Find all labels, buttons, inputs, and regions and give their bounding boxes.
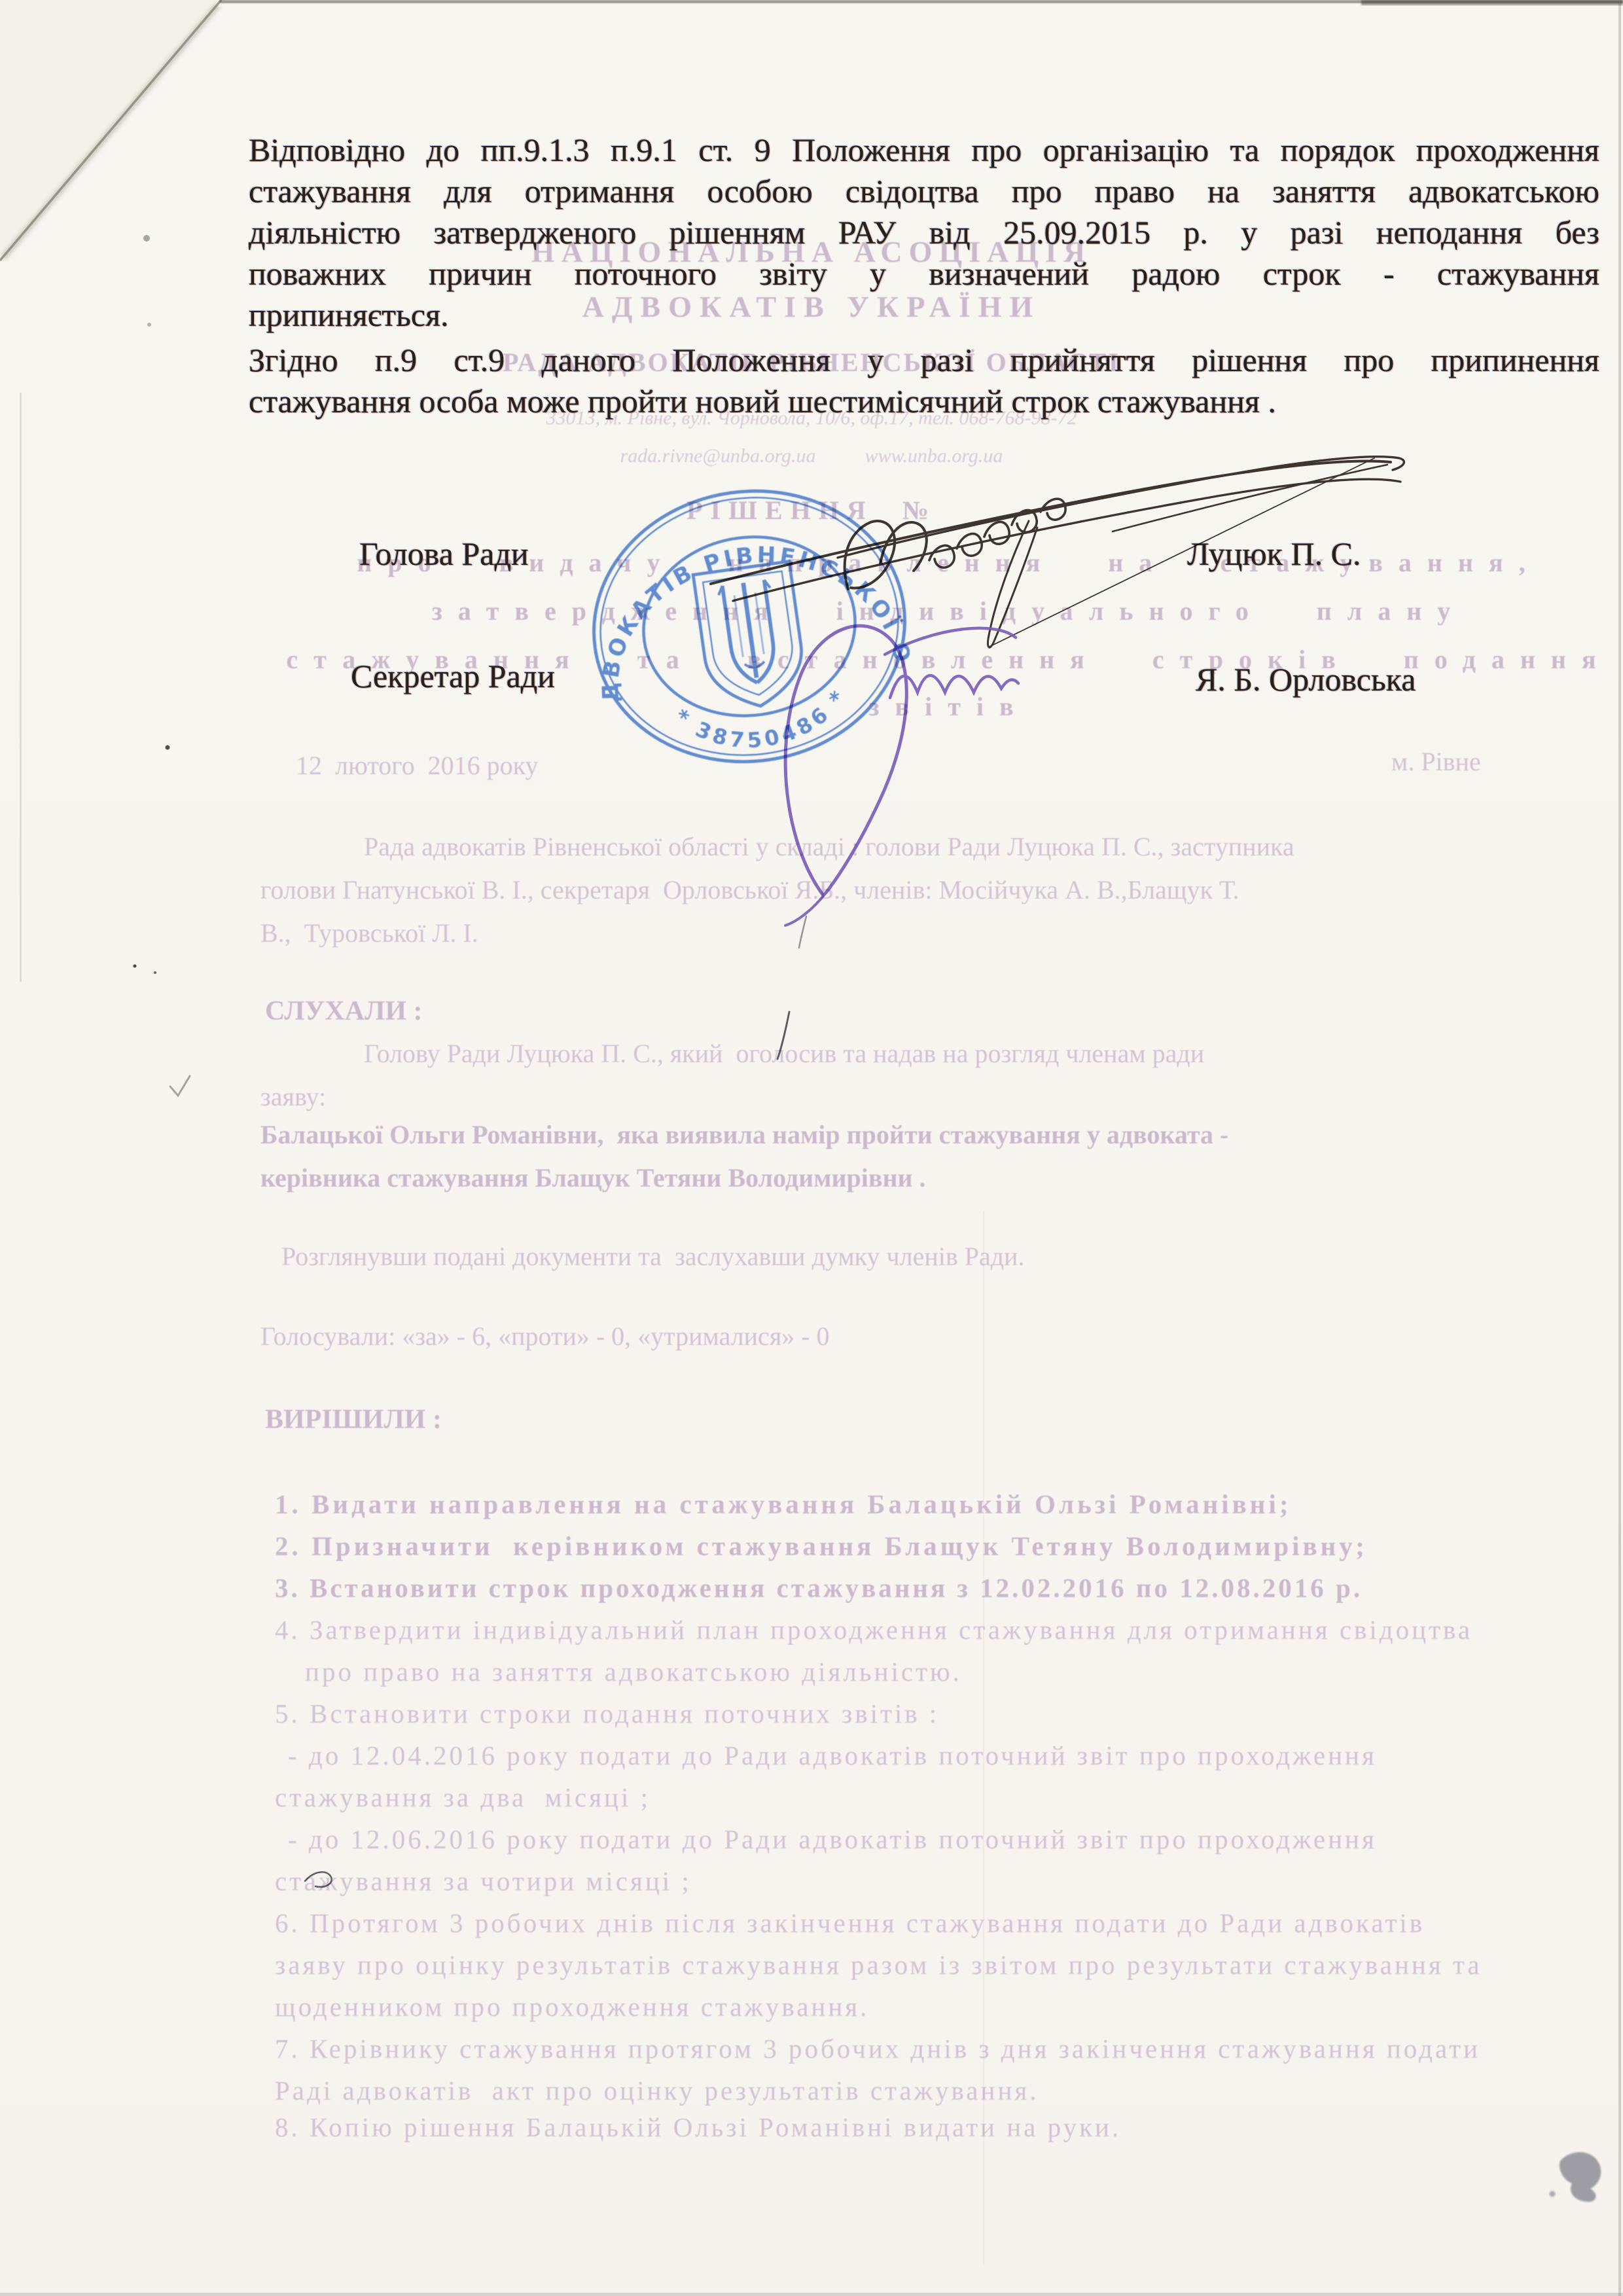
paragraph-line: стажування для отримання особою свідоцтв… xyxy=(249,171,1599,212)
ghost-line: 5. Встановити строки подання поточних зв… xyxy=(275,1699,939,1729)
paper-speck xyxy=(143,235,150,242)
scan-right-edge xyxy=(1618,0,1621,2296)
ghost-line: СЛУХАЛИ : xyxy=(265,996,423,1026)
scan-top-edge xyxy=(220,0,1623,3)
paragraph-line: Відповідно до пп.9.1.3 п.9.1 ст. 9 Полож… xyxy=(249,130,1599,171)
ghost-line: Балацької Ольги Романівни, яка виявила н… xyxy=(260,1121,1228,1149)
ghost-line: - до 12.04.2016 року подати до Ради адво… xyxy=(288,1741,1377,1770)
ghost-line: 12 лютого 2016 року xyxy=(296,751,539,780)
stray-pen-marks xyxy=(170,916,806,1887)
ghost-line: 6. Протягом 3 робочих днів після закінче… xyxy=(275,1909,1425,1938)
ghost-line: щоденником про проходження стажування. xyxy=(275,1992,869,2022)
ghost-line: Розглянувши подані документи та заслухав… xyxy=(281,1242,1025,1271)
ghost-line: стажування за два місяці ; xyxy=(275,1783,651,1812)
ghost-line: 2. Призначити керівником стажування Блащ… xyxy=(275,1532,1368,1561)
ghost-line: 7. Керівнику стажування протягом 3 робоч… xyxy=(275,2034,1480,2064)
ghost-line: Голову Ради Луцюка П. С., який оголосив … xyxy=(364,1039,1204,1068)
scratch-line xyxy=(983,1211,984,2265)
gray-smudge xyxy=(1550,2152,1601,2202)
scan-bottom-edge xyxy=(0,2293,1623,2296)
paragraph-line: поважних причин поточного звіту у визнач… xyxy=(249,253,1599,295)
ghost-line: Голосували: «за» - 6, «проти» - 0, «утри… xyxy=(260,1322,830,1351)
scanned-document-page: НАЦІОНАЛЬНА АСОЦІАЦІЯАДВОКАТІВ УКРАЇНИРА… xyxy=(0,0,1623,2296)
ghost-line: м. Рівне xyxy=(1391,747,1481,776)
trident-shield-icon xyxy=(693,562,808,713)
ghost-line: керівника стажування Блащук Тетяни Волод… xyxy=(260,1164,926,1193)
ghost-line: rada.rivne@unba.org.ua www.unba.org.ua xyxy=(98,445,1525,467)
paragraph-line: припиняється. xyxy=(249,295,1599,336)
ghost-line: заяву про оцінку результатів стажування … xyxy=(275,1950,1482,1980)
head-of-council-name: Луцюк П. С. xyxy=(1187,535,1361,572)
ghost-line: 3. Встановити строк проходження стажуван… xyxy=(275,1573,1363,1603)
ghost-line: - до 12.06.2016 року подати до Ради адво… xyxy=(288,1825,1377,1854)
ghost-line: В., Туровської Л. І. xyxy=(260,919,478,948)
ghost-line: 8. Копію рішення Балацькій Ользі Романів… xyxy=(275,2113,1121,2142)
paragraph-1: Відповідно до пп.9.1.3 п.9.1 ст. 9 Полож… xyxy=(249,130,1599,336)
round-seal-stamp: РАДА АДВОКАТІВ РІВНЕНСЬКОЇ ОБЛАСТІ * 387… xyxy=(589,486,910,767)
ghost-line: затвердження індивідуального плану xyxy=(275,597,1623,626)
seal-number-text: * 38750486 * xyxy=(668,681,859,764)
ghost-line: 4. Затвердити індивідуальний план проход… xyxy=(275,1615,1472,1645)
ghost-line: заяву: xyxy=(260,1083,326,1111)
secretary-label: Секретар Ради xyxy=(351,658,555,694)
ghost-line: звітів xyxy=(275,692,1623,721)
svg-text:* 38750486 *: * 38750486 * xyxy=(668,681,859,764)
head-of-council-label: Голова Ради xyxy=(359,535,529,572)
paragraph-line: діяльністю затвердженого рішенням РАУ ві… xyxy=(249,212,1599,253)
ghost-line: ВИРІШИЛИ : xyxy=(265,1405,442,1435)
round-seal-icon: РАДА АДВОКАТІВ РІВНЕНСЬКОЇ ОБЛАСТІ * 387… xyxy=(589,486,910,767)
paragraph-line: Згідно п.9 ст.9 даного Положення у разі … xyxy=(249,340,1599,381)
scan-left-edge xyxy=(20,393,22,982)
ghost-line: стажування за чотири місяці ; xyxy=(275,1867,692,1896)
ghost-line: Раді адвокатів акт про оцінку результаті… xyxy=(275,2076,1039,2106)
ghost-line: Рада адвокатів Рівненської області у скл… xyxy=(364,833,1294,861)
paragraph-line: стажування особа може пройти новий шести… xyxy=(249,381,1599,422)
ghost-line: 1. Видати направлення на стажування Бала… xyxy=(275,1490,1291,1519)
ghost-line: про право на заняття адвокатською діяльн… xyxy=(305,1657,962,1687)
folded-corner xyxy=(0,0,221,260)
paragraph-2: Згідно п.9 ст.9 даного Положення у разі … xyxy=(249,340,1599,422)
ghost-line: голови Гнатунської В. І., секретаря Орло… xyxy=(260,876,1239,905)
fold-crease-line xyxy=(0,0,221,260)
secretary-name: Я. Б. Орловська xyxy=(1196,661,1416,698)
